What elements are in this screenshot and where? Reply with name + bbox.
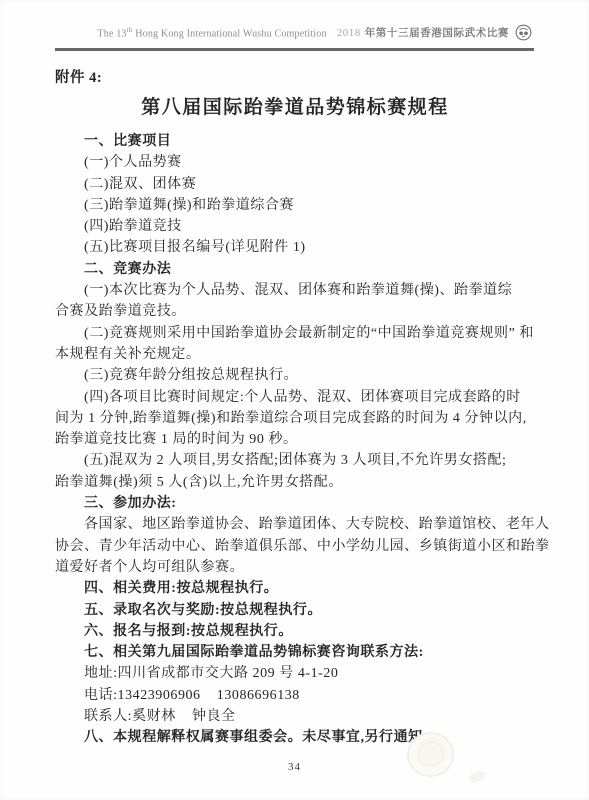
body-line: 间为 1 分钟,跆拳道舞(操)和跆拳道综合项目完成套路的时间为 4 分钟以内, <box>55 408 535 429</box>
page-header: The 13th Hong Kong International Wushu C… <box>55 23 533 42</box>
document-title: 第八届国际跆拳道品势锦标赛规程 <box>55 92 535 119</box>
body-line: 八、本规程解释权属赛事组委会。未尽事宜,另行通知。 <box>55 727 535 748</box>
body-line: 跆拳道竞技比赛 1 局的时间为 90 秒。 <box>55 429 535 450</box>
body-line: (五)混双为 2 人项目,男女搭配;团体赛为 3 人项目,不允许男女搭配; <box>55 450 535 471</box>
body-line: 跆拳道舞(操)须 5 人(含)以上,允许男女搭配。 <box>55 472 535 493</box>
body-line: 三、参加办法: <box>55 493 535 514</box>
document-body: 一、比赛项目(一)个人品势赛(二)混双、团体赛(三)跆拳道舞(操)和跆拳道综合赛… <box>55 131 535 749</box>
document-page: The 13th Hong Kong International Wushu C… <box>0 0 589 800</box>
header-en-rest: Hong Kong International Wushu Competitio… <box>133 28 327 39</box>
attachment-label: 附件 4: <box>55 66 102 87</box>
body-line: (二)混双、团体赛 <box>55 174 535 195</box>
body-line: (三)跆拳道舞(操)和跆拳道综合赛 <box>55 195 535 216</box>
body-line: (一)个人品势赛 <box>55 152 535 173</box>
body-line: 协会、青少年活动中心、跆拳道俱乐部、中小学幼儿园、乡镇街道小区和跆拳 <box>55 536 535 557</box>
body-line: (一)本次比赛为个人品势、混双、团体赛和跆拳道舞(操)、跆拳道综 <box>55 280 535 301</box>
body-line: (五)比赛项目报名编号(详见附件 1) <box>55 237 535 258</box>
body-line: 六、报名与报到:按总规程执行。 <box>55 621 535 642</box>
body-line: 地址:四川省成都市交大路 209 号 4-1-20 <box>55 663 535 684</box>
body-line: 本规程有关补充规定。 <box>55 344 535 365</box>
body-line: 合赛及跆拳道竞技。 <box>55 301 535 322</box>
body-line: (二)竞赛规则采用中国跆拳道协会最新制定的“中国跆拳道竞赛规则” 和 <box>55 323 535 344</box>
body-line: 一、比赛项目 <box>55 131 535 152</box>
header-title-english: The 13th Hong Kong International Wushu C… <box>97 26 326 39</box>
page-number: 34 <box>0 761 589 773</box>
body-line: 七、相关第九届国际跆拳道品势锦标赛咨询联系方法: <box>55 642 535 663</box>
body-line: (三)竞赛年龄分组按总规程执行。 <box>55 365 535 386</box>
body-line: 五、录取名次与奖励:按总规程执行。 <box>55 600 535 621</box>
body-line: (四)跆拳道竞技 <box>55 216 535 237</box>
body-line: 联系人:奚财林 钟良全 <box>55 706 535 727</box>
header-title-chinese: 年第十三届香港国际武术比赛 <box>365 25 509 40</box>
header-en-prefix: The 13 <box>97 28 126 39</box>
body-line: 二、竞赛办法 <box>55 259 535 280</box>
body-line: 各国家、地区跆拳道协会、跆拳道团体、大专院校、跆拳道馆校、老年人 <box>55 514 535 535</box>
body-line: 电话:13423906906 13086696138 <box>55 685 535 706</box>
header-divider <box>55 48 534 51</box>
body-line: 四、相关费用:按总规程执行。 <box>55 578 535 599</box>
wushu-emblem-icon <box>514 23 533 42</box>
header-year: 2018 <box>337 27 361 39</box>
body-line: 道爱好者个人均可组队参赛。 <box>55 557 535 578</box>
body-line: (四)各项目比赛时间规定:个人品势、混双、团体赛项目完成套路的时 <box>55 387 535 408</box>
